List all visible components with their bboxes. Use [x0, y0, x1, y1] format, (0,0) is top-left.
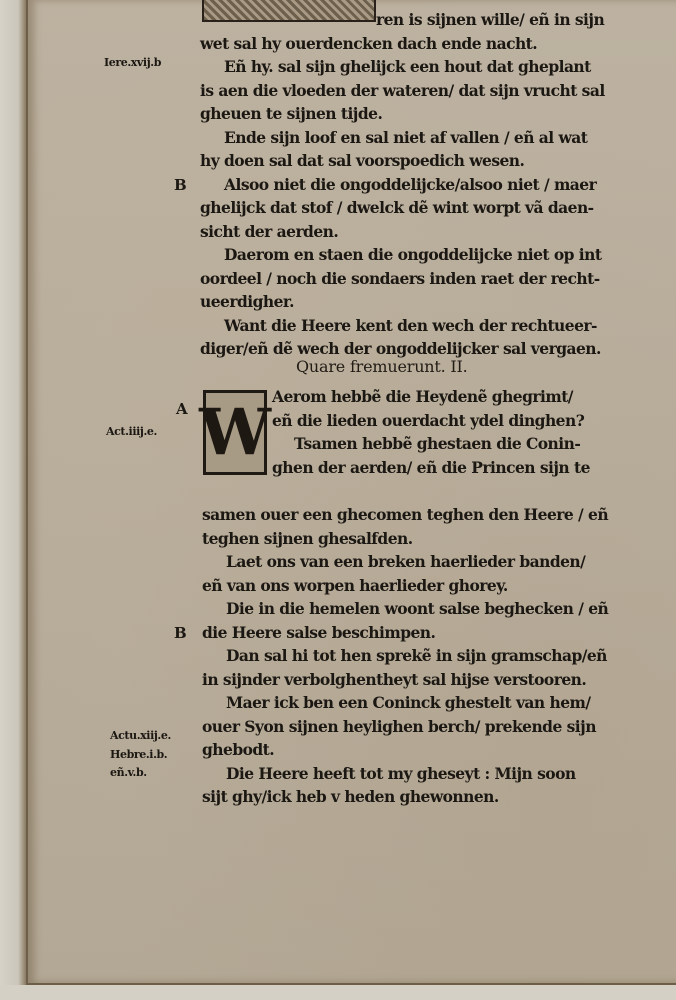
psalm-2-text: samen ouer een ghecomen teghen den Heere…: [202, 503, 644, 809]
text-line: die Heere salse beschimpen.: [202, 621, 644, 645]
text-line: teghen sijnen ghesalfden.: [202, 527, 644, 551]
margin-reference: Hebre.i.b.: [110, 748, 167, 761]
text-line: ren is sijnen wille/ eñ in sijn: [200, 8, 642, 32]
psalm-1-text: ren is sijnen wille/ eñ in sijn wet sal …: [200, 8, 642, 361]
text-line: ghebodt.: [202, 738, 644, 762]
decorated-initial-woodcut: W: [203, 390, 267, 475]
text-line: Die in die hemelen woont salse beghecken…: [202, 597, 644, 621]
text-line: eñ die lieden ouerdacht ydel dinghen?: [272, 409, 644, 433]
text-line: ghelijck dat stof / dwelck dẽ wint worpt…: [200, 196, 642, 220]
psalm-2-heading: Quare fremuerunt. II.: [296, 357, 468, 376]
text-line: Want die Heere kent den wech der rechtue…: [200, 314, 642, 338]
text-line: Alsoo niet die ongoddelijcke/alsoo niet …: [200, 173, 642, 197]
text-line: ouer Syon sijnen heylighen berch/ preken…: [202, 715, 644, 739]
text-line: in sijnder verbolghentheyt sal hijse ver…: [202, 668, 644, 692]
text-line: Dan sal hi tot hen sprekẽ in sijn gramsc…: [202, 644, 644, 668]
text-line: Eñ hy. sal sijn ghelijck een hout dat gh…: [200, 55, 642, 79]
section-marker: B: [174, 624, 187, 642]
margin-reference: Actu.xiij.e.: [110, 729, 171, 742]
margin-reference: eñ.v.b.: [110, 766, 147, 779]
section-marker: A: [176, 400, 188, 418]
text-line: Laet ons van een breken haerlieder bande…: [202, 550, 644, 574]
text-line: is aen die vloeden der wateren/ dat sijn…: [200, 79, 642, 103]
psalm-2-initial-lines: Aerom hebbẽ die Heydenẽ ghegrimt/ eñ die…: [272, 385, 644, 479]
text-line: hy doen sal dat sal voorspoedich wesen.: [200, 149, 642, 173]
text-line: samen ouer een ghecomen teghen den Heere…: [202, 503, 644, 527]
text-line: sicht der aerden.: [200, 220, 642, 244]
initial-letter: W: [206, 393, 264, 472]
text-line: Ende sijn loof en sal niet af vallen / e…: [200, 126, 642, 150]
text-line: wet sal hy ouerdencken dach ende nacht.: [200, 32, 642, 56]
backdrop-bottom-edge: [0, 985, 676, 1000]
margin-reference: Iere.xvij.b: [104, 56, 161, 69]
text-line: Aerom hebbẽ die Heydenẽ ghegrimt/: [272, 385, 644, 409]
text-line: Die Heere heeft tot my gheseyt : Mijn so…: [202, 762, 644, 786]
text-line: ueerdigher.: [200, 290, 642, 314]
text-line: eñ van ons worpen haerlieder ghorey.: [202, 574, 644, 598]
text-line: Tsamen hebbẽ ghestaen die Conin-: [272, 432, 644, 456]
backdrop-left-edge: [0, 0, 26, 1000]
section-marker: B: [174, 176, 187, 194]
margin-reference: Act.iiij.e.: [106, 425, 157, 438]
text-line: gheuen te sijnen tijde.: [200, 102, 642, 126]
text-line: Maer ick ben een Coninck ghestelt van he…: [202, 691, 644, 715]
text-line: ghen der aerden/ eñ die Princen sijn te: [272, 456, 644, 480]
text-line: oordeel / noch die sondaers inden raet d…: [200, 267, 642, 291]
text-line: Daerom en staen die ongoddelijcke niet o…: [200, 243, 642, 267]
text-line: sijt ghy/ick heb v heden ghewonnen.: [202, 785, 644, 809]
